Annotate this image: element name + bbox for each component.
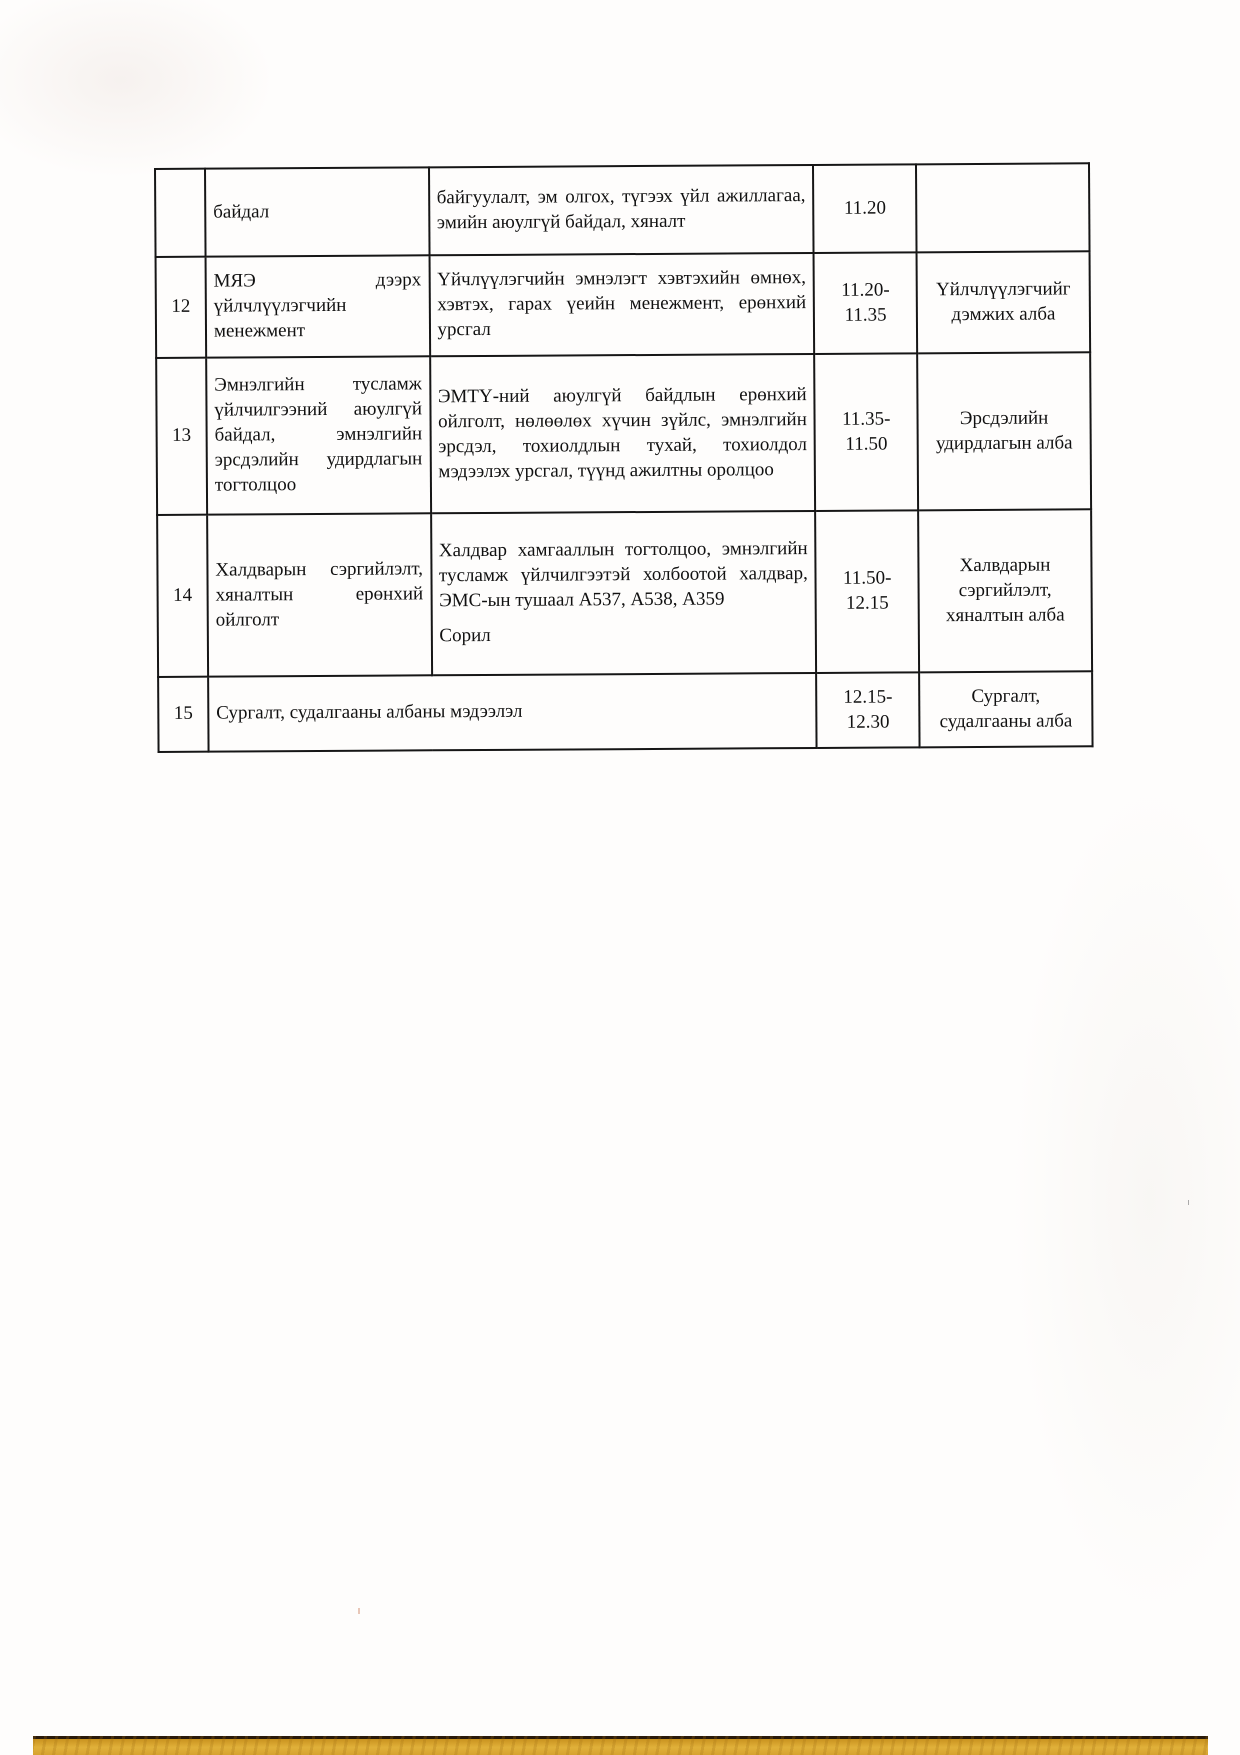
- row-description: ЭМТҮ-ний аюулгүй байдлын ерөнхий ойлголт…: [430, 354, 816, 513]
- scan-speck: [358, 1608, 360, 1614]
- row-responsible: Үйлчлүүлэгчийг дэмжих алба: [917, 251, 1091, 353]
- row-number: 12: [156, 257, 207, 358]
- row-topic: Сургалт, судалгааны албаны мэдээлэл: [208, 673, 817, 752]
- row-time: 12.15- 12.30: [816, 672, 919, 748]
- row-time: 11.20: [813, 164, 916, 253]
- scanned-page: байдал байгуулалт, эм олгох, түгээх үйл …: [0, 0, 1240, 1755]
- table-row: 14 Халдварын сэргийлэлт, хяналтын ерөнхи…: [157, 509, 1092, 677]
- row-topic: Эмнэлгийн тусламж үйлчилгээний аюулгүй б…: [206, 356, 431, 514]
- time-end: 11.35: [822, 302, 909, 328]
- row-topic: Халдварын сэргийлэлт, хяналтын ерөнхий о…: [207, 513, 432, 676]
- time-start: 11.50-: [824, 565, 911, 591]
- table-row: 15 Сургалт, судалгааны албаны мэдээлэл 1…: [158, 671, 1092, 752]
- description-text: ЭМТҮ-ний аюулгүй байдлын ерөнхий ойлголт…: [438, 384, 807, 482]
- time-start: 11.35-: [823, 406, 910, 432]
- row-number: 15: [158, 677, 208, 752]
- description-text: Үйчлүүлэгчийн эмнэлэгт хэвтэхийн өмнөх, …: [437, 267, 806, 340]
- scan-speck: [1188, 1200, 1189, 1205]
- row-time: 11.20- 11.35: [814, 252, 917, 354]
- row-time: 11.35- 11.50: [814, 353, 918, 511]
- row-topic: МЯЭ дээрх үйлчлүүлэгчийн менежмент: [205, 255, 429, 357]
- row-description: байгуулалт, эм олгох, түгээх үйл ажиллаг…: [429, 165, 814, 255]
- description-text: байгуулалт, эм олгох, түгээх үйл ажиллаг…: [437, 185, 806, 233]
- description-text: Халдвар хамгааллын тогтолцоо, эмнэлгийн …: [439, 538, 808, 611]
- time-end: 12.15: [824, 590, 911, 616]
- table-row: байдал байгуулалт, эм олгох, түгээх үйл …: [155, 163, 1090, 257]
- table-row: 13 Эмнэлгийн тусламж үйлчилгээний аюулгү…: [156, 352, 1091, 515]
- time-start: 12.15-: [824, 684, 911, 710]
- time-start: 11.20: [821, 195, 908, 221]
- row-responsible: [916, 163, 1089, 252]
- row-topic: байдал: [205, 167, 429, 256]
- row-description: Үйчлүүлэгчийн эмнэлэгт хэвтэхийн өмнөх, …: [429, 253, 814, 356]
- time-end: 12.30: [825, 709, 912, 735]
- row-number: 13: [156, 358, 207, 515]
- row-number: [155, 169, 205, 257]
- description-quiz-note: Сорил: [439, 621, 808, 648]
- table-row: 12 МЯЭ дээрх үйлчлүүлэгчийн менежмент Үй…: [156, 251, 1091, 358]
- row-time: 11.50- 12.15: [815, 510, 919, 673]
- schedule-table: байдал байгуулалт, эм олгох, түгээх үйл …: [154, 162, 1094, 753]
- desk-edge-background: [33, 1736, 1208, 1755]
- row-responsible: Халвдарын сэргийлэлт, хяналтын алба: [918, 509, 1092, 672]
- row-number: 14: [157, 515, 208, 677]
- row-responsible: Эрсдэлийн удирдлагын алба: [917, 352, 1091, 510]
- time-end: 11.50: [823, 431, 910, 457]
- row-responsible: Сургалт, судалгааны алба: [919, 671, 1092, 747]
- time-start: 11.20-: [822, 277, 909, 303]
- row-description: Халдвар хамгааллын тогтолцоо, эмнэлгийн …: [431, 511, 817, 675]
